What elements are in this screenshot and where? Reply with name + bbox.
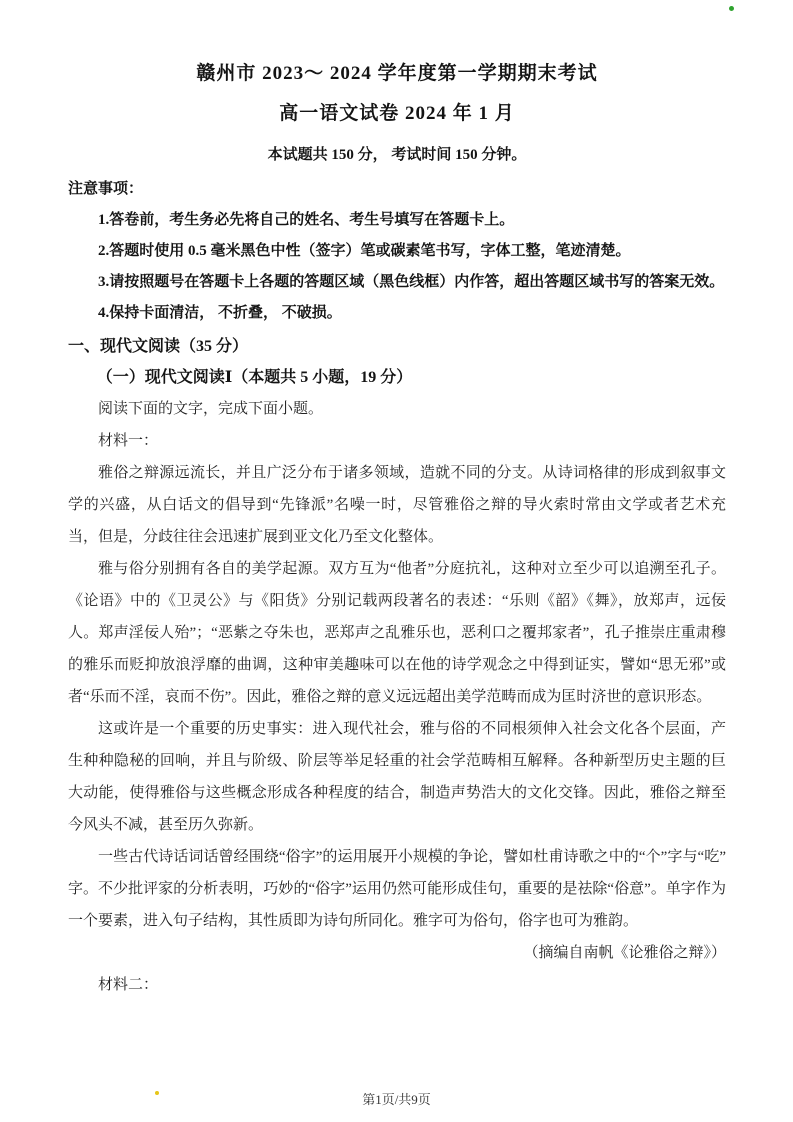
section-heading-modern-reading: 一、现代文阅读（35 分） — [68, 331, 726, 362]
page-title: 赣州市 2023～ 2024 学年度第一学期期末考试 — [68, 60, 726, 88]
page-subtitle: 高一语文试卷 2024 年 1 月 — [68, 100, 726, 128]
notice-item-3: 3.请按照题号在答题卡上各题的答题区域（黑色线框）内作答，超出答题区域书写的答案… — [68, 267, 726, 298]
exam-paper-page: 赣州市 2023～ 2024 学年度第一学期期末考试 高一语文试卷 2024 年… — [0, 0, 793, 1122]
material-two-label: 材料二： — [68, 969, 726, 1001]
passage-attribution: （摘编自南帆《论雅俗之辩》） — [68, 937, 726, 969]
passage-paragraph: 这或许是一个重要的历史事实：进入现代社会，雅与俗的不同根须伸入社会文化各个层面，… — [68, 713, 726, 841]
notice-item-2: 2.答题时使用 0.5 毫米黑色中性（签字）笔或碳素笔书写，字体工整，笔迹清楚。 — [68, 236, 726, 267]
page-number: 第1页/共9页 — [0, 1089, 793, 1108]
scan-artifact-dot-green — [729, 6, 734, 11]
subsection-heading-reading-1: （一）现代文阅读Ⅰ（本题共 5 小题，19 分） — [68, 362, 726, 393]
notices-heading: 注意事项： — [68, 174, 726, 205]
passage-paragraph: 一些古代诗话词话曾经围绕“俗字”的运用展开小规模的争论，譬如杜甫诗歌之中的“个”… — [68, 841, 726, 937]
exam-info-line: 本试题共 150 分， 考试时间 150 分钟。 — [68, 144, 726, 166]
notice-item-4: 4.保持卡面清洁， 不折叠， 不破损。 — [68, 298, 726, 329]
material-one-label: 材料一： — [68, 425, 726, 457]
passage-paragraph: 雅俗之辩源远流长，并且广泛分布于诸多领域，造就不同的分支。从诗词格律的形成到叙事… — [68, 457, 726, 553]
reading-instruction: 阅读下面的文字，完成下面小题。 — [68, 393, 726, 425]
passage-paragraph: 雅与俗分别拥有各自的美学起源。双方互为“他者”分庭抗礼，这种对立至少可以追溯至孔… — [68, 553, 726, 713]
notice-item-1: 1.答卷前，考生务必先将自己的姓名、考生号填写在答题卡上。 — [68, 205, 726, 236]
